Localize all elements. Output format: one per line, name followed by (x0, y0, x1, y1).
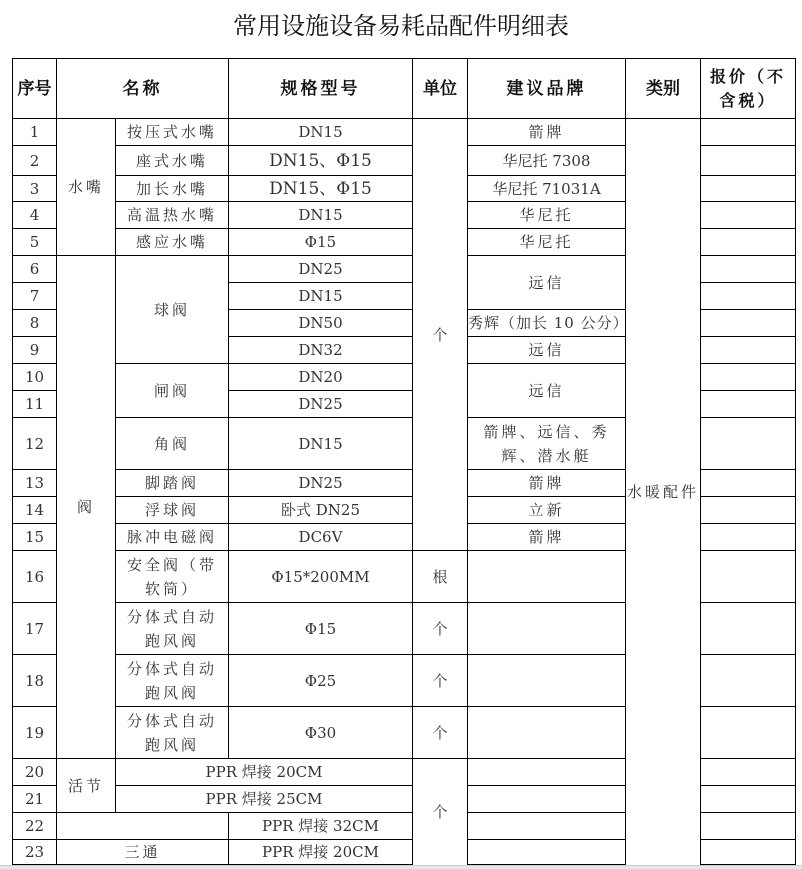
brand-cell (468, 759, 626, 786)
header-price: 报价（不含税） (701, 59, 796, 119)
brand-cell: 华尼托 (468, 229, 626, 256)
unit-cell: 根 (413, 551, 468, 603)
brand-cell (468, 603, 626, 655)
item-name: 角阀 (116, 418, 229, 470)
price-cell[interactable] (701, 786, 796, 813)
brand-cell: 华尼托 7308 (468, 146, 626, 176)
price-cell[interactable] (701, 524, 796, 551)
unit-cell: 个 (413, 603, 468, 655)
price-cell[interactable] (701, 551, 796, 603)
header-brand: 建议品牌 (468, 59, 626, 119)
item-name: 浮球阀 (116, 497, 229, 524)
price-cell[interactable] (701, 418, 796, 470)
item-name: 安全阀（带软筒） (116, 551, 229, 603)
seq-cell: 9 (13, 337, 57, 364)
seq-cell: 5 (13, 229, 57, 256)
brand-cell: 立新 (468, 497, 626, 524)
seq-cell: 16 (13, 551, 57, 603)
price-cell[interactable] (701, 310, 796, 337)
price-cell[interactable] (701, 813, 796, 840)
item-name: 三通 (57, 840, 229, 865)
spec-cell: DN25 (229, 391, 413, 418)
price-cell[interactable] (701, 603, 796, 655)
group-valve: 阀 (57, 256, 116, 759)
seq-cell: 2 (13, 146, 57, 176)
spec-cell: DN15、Φ15 (229, 176, 413, 202)
spec-cell: PPR 焊接 20CM (229, 840, 413, 865)
item-name: 座式水嘴 (116, 146, 229, 176)
brand-cell: 华尼托 71031A (468, 176, 626, 202)
spec-cell: DN25 (229, 256, 413, 283)
brand-cell (468, 655, 626, 707)
brand-cell (468, 813, 626, 840)
header-name: 名称 (57, 59, 229, 119)
price-cell[interactable] (701, 497, 796, 524)
price-cell[interactable] (701, 176, 796, 202)
brand-cell: 秀辉（加长 10 公分） (468, 310, 626, 337)
seq-cell: 23 (13, 840, 57, 865)
price-cell[interactable] (701, 655, 796, 707)
table-row: 1 水嘴 按压式水嘴 DN15 个 箭牌 水暖配件 (13, 119, 796, 146)
parts-table: 序号 名称 规格型号 单位 建议品牌 类别 报价（不含税） 1 水嘴 按压式水嘴… (12, 58, 796, 865)
unit-cell-merged: 个 (413, 119, 468, 551)
brand-cell (468, 786, 626, 813)
header-unit: 单位 (413, 59, 468, 119)
seq-cell: 22 (13, 813, 57, 840)
brand-cell (468, 840, 626, 865)
header-seq: 序号 (13, 59, 57, 119)
seq-cell: 1 (13, 119, 57, 146)
spec-cell: DN32 (229, 337, 413, 364)
item-name (57, 813, 229, 840)
item-name: 按压式水嘴 (116, 119, 229, 146)
brand-cell: 华尼托 (468, 202, 626, 229)
item-name: 分体式自动跑风阀 (116, 707, 229, 759)
brand-cell: 箭牌 (468, 119, 626, 146)
price-cell[interactable] (701, 840, 796, 865)
unit-cell: 个 (413, 707, 468, 759)
category-cell-merged: 水暖配件 (626, 119, 701, 865)
seq-cell: 11 (13, 391, 57, 418)
price-cell[interactable] (701, 391, 796, 418)
unit-cell: 个 (413, 655, 468, 707)
price-cell[interactable] (701, 229, 796, 256)
seq-cell: 21 (13, 786, 57, 813)
brand-cell: 箭牌、远信、秀辉、潜水艇 (468, 418, 626, 470)
seq-cell: 15 (13, 524, 57, 551)
spec-cell: PPR 焊接 20CM (116, 759, 413, 786)
item-name: 感应水嘴 (116, 229, 229, 256)
item-name: 分体式自动跑风阀 (116, 603, 229, 655)
brand-cell: 远信 (468, 256, 626, 310)
header-category: 类别 (626, 59, 701, 119)
price-cell[interactable] (701, 337, 796, 364)
item-name: 脉冲电磁阀 (116, 524, 229, 551)
seq-cell: 14 (13, 497, 57, 524)
seq-cell: 3 (13, 176, 57, 202)
spec-cell: DN25 (229, 470, 413, 497)
item-name: 脚踏阀 (116, 470, 229, 497)
viewport-bottom-strip (0, 865, 802, 869)
spec-cell: DC6V (229, 524, 413, 551)
seq-cell: 10 (13, 364, 57, 391)
price-cell[interactable] (701, 146, 796, 176)
price-cell[interactable] (701, 256, 796, 283)
spec-cell: Φ30 (229, 707, 413, 759)
spec-cell: DN20 (229, 364, 413, 391)
group-ball-valve: 球阀 (116, 256, 229, 364)
seq-cell: 20 (13, 759, 57, 786)
spec-cell: Φ25 (229, 655, 413, 707)
seq-cell: 17 (13, 603, 57, 655)
seq-cell: 7 (13, 283, 57, 310)
brand-cell: 远信 (468, 364, 626, 418)
spec-cell: DN15 (229, 418, 413, 470)
spec-cell: DN50 (229, 310, 413, 337)
item-name: 高温热水嘴 (116, 202, 229, 229)
spec-cell: DN15 (229, 283, 413, 310)
document-title: 常用设施设备易耗品配件明细表 (0, 6, 802, 41)
price-cell[interactable] (701, 759, 796, 786)
seq-cell: 13 (13, 470, 57, 497)
spec-cell: DN15 (229, 119, 413, 146)
group-gate-valve: 闸阀 (116, 364, 229, 418)
price-cell[interactable] (701, 364, 796, 391)
header-spec: 规格型号 (229, 59, 413, 119)
seq-cell: 12 (13, 418, 57, 470)
header-row: 序号 名称 规格型号 单位 建议品牌 类别 报价（不含税） (13, 59, 796, 119)
seq-cell: 4 (13, 202, 57, 229)
price-cell[interactable] (701, 202, 796, 229)
spec-cell: PPR 焊接 32CM (229, 813, 413, 840)
seq-cell: 6 (13, 256, 57, 283)
seq-cell: 8 (13, 310, 57, 337)
spec-cell: DN15、Φ15 (229, 146, 413, 176)
spec-cell: Φ15 (229, 229, 413, 256)
price-cell[interactable] (701, 707, 796, 759)
spec-cell: Φ15*200MM (229, 551, 413, 603)
price-cell[interactable] (701, 119, 796, 146)
brand-cell: 箭牌 (468, 470, 626, 497)
seq-cell: 19 (13, 707, 57, 759)
item-name: 加长水嘴 (116, 176, 229, 202)
brand-cell (468, 707, 626, 759)
price-cell[interactable] (701, 470, 796, 497)
spec-cell: Φ15 (229, 603, 413, 655)
item-name: 分体式自动跑风阀 (116, 655, 229, 707)
spec-cell: DN15 (229, 202, 413, 229)
brand-cell: 远信 (468, 337, 626, 364)
brand-cell: 箭牌 (468, 524, 626, 551)
group-union: 活节 (57, 759, 116, 813)
brand-cell (468, 551, 626, 603)
spec-cell: 卧式 DN25 (229, 497, 413, 524)
price-cell[interactable] (701, 283, 796, 310)
seq-cell: 18 (13, 655, 57, 707)
unit-cell-merged: 个 (413, 759, 468, 865)
group-faucet: 水嘴 (57, 119, 116, 256)
spec-cell: PPR 焊接 25CM (116, 786, 413, 813)
